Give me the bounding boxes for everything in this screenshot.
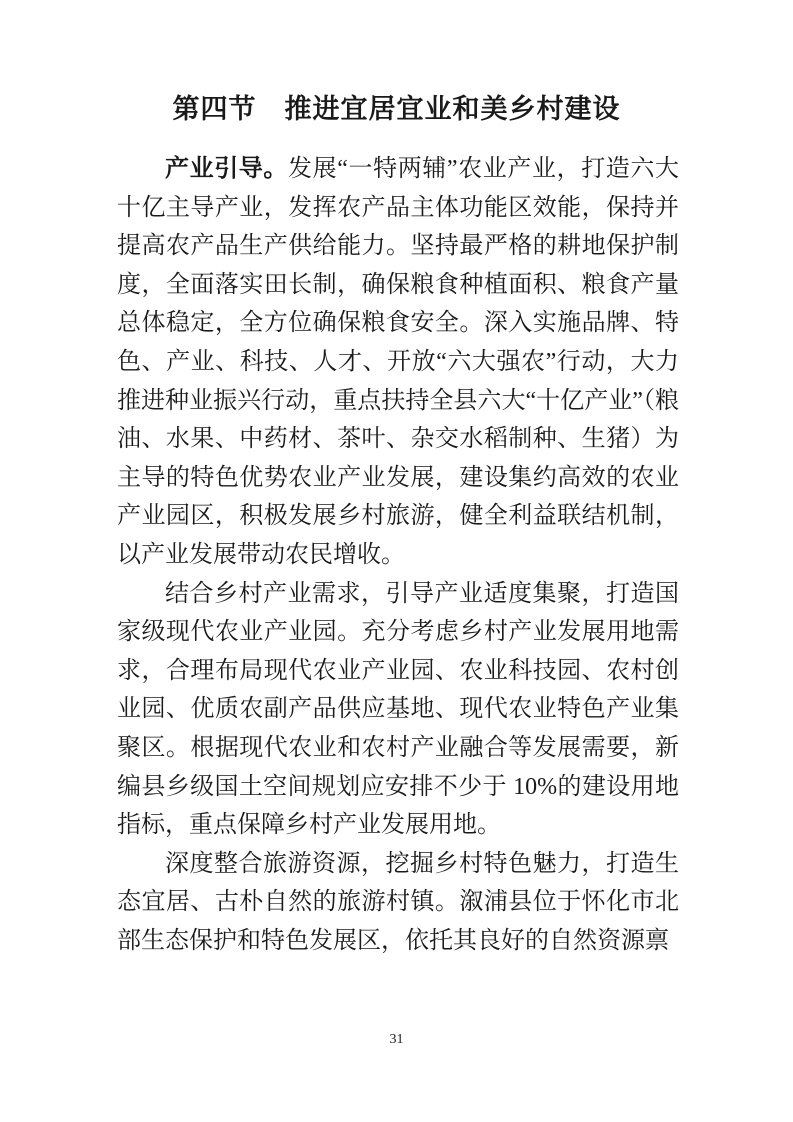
- paragraph-industry-cluster: 结合乡村产业需求，引导产业适度集聚，打造国家级现代农业产业园。充分考虑乡村产业发…: [117, 575, 679, 845]
- paragraph-text: 深度整合旅游资源，挖掘乡村特色魅力，打造生态宜居、古朴自然的旅游村镇。溆浦县位于…: [117, 851, 679, 954]
- section-heading: 第四节 推进宜居宜业和美乡村建设: [0, 93, 793, 125]
- paragraph-industry-guidance: 产业引导。发展“一特两辅”农业产业，打造六大十亿主导产业，发挥农产品主体功能区效…: [117, 150, 679, 575]
- paragraph-tourism: 深度整合旅游资源，挖掘乡村特色魅力，打造生态宜居、古朴自然的旅游村镇。溆浦县位于…: [117, 845, 679, 961]
- paragraph-text: 发展“一特两辅”农业产业，打造六大十亿主导产业，发挥农产品主体功能区效能，保持并…: [117, 156, 679, 568]
- document-body: 产业引导。发展“一特两辅”农业产业，打造六大十亿主导产业，发挥农产品主体功能区效…: [117, 150, 679, 960]
- paragraph-lead-bold: 产业引导。: [165, 155, 288, 182]
- paragraph-text: 结合乡村产业需求，引导产业适度集聚，打造国家级现代农业产业园。充分考虑乡村产业发…: [117, 581, 679, 839]
- page-number: 31: [0, 1031, 793, 1049]
- document-page: 第四节 推进宜居宜业和美乡村建设 产业引导。发展“一特两辅”农业产业，打造六大十…: [0, 0, 793, 1122]
